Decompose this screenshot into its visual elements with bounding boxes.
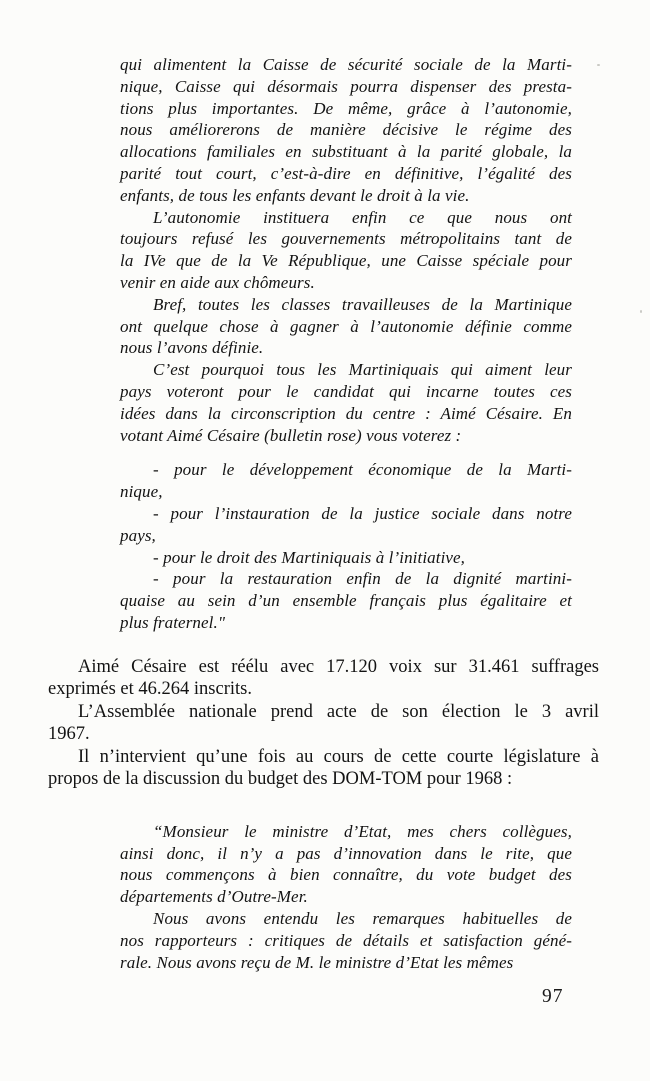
paragraph: C’est pourquoi tous les Martiniquais qui… [120, 359, 572, 446]
paragraph: “Monsieur le ministre d’Etat, mes chers … [120, 821, 572, 908]
paragraph: - pour l’instauration de la justice soci… [120, 503, 572, 547]
text-line: Il n’intervient qu’une fois au cours de … [48, 746, 599, 769]
text-line: rale. Nous avons reçu de M. le ministre … [120, 952, 572, 974]
paragraph: Nous avons entendu les remarques habitue… [120, 908, 572, 973]
text-line: nique, [120, 481, 572, 503]
paragraph: Il n’intervient qu’une fois au cours de … [48, 746, 599, 791]
paragraph: Aimé Césaire est réélu avec 17.120 voix … [48, 656, 599, 701]
text-line: Nous avons entendu les remarques habitue… [120, 908, 572, 930]
text-line: propos de la discussion du budget des DO… [48, 768, 599, 791]
text-line: C’est pourquoi tous les Martiniquais qui… [120, 359, 572, 381]
text-line: plus fraternel." [120, 612, 572, 634]
text-line: ont quelque chose à gagner à l’autonomie… [120, 316, 572, 338]
text-line: exprimés et 46.264 inscrits. [48, 678, 599, 701]
text-line: - pour l’instauration de la justice soci… [120, 503, 572, 525]
page-content: qui alimentent la Caisse de sécurité soc… [0, 54, 650, 973]
text-line: la IVe que de la Ve République, une Cais… [120, 250, 572, 272]
paragraph: - pour le développement économique de la… [120, 459, 572, 503]
text-line: - pour le développement économique de la… [120, 459, 572, 481]
scan-speckle [597, 64, 600, 66]
text-line: nous améliorerons de manière décisive le… [120, 119, 572, 141]
paragraph: L’autonomie instituera enfin ce que nous… [120, 207, 572, 294]
text-line: idées dans la circonscription du centre … [120, 403, 572, 425]
paragraph: L’Assemblée nationale prend acte de son … [48, 701, 599, 746]
text-line: nos rapporteurs : critiques de détails e… [120, 930, 572, 952]
text-line: nous commençons à bien connaître, du vot… [120, 864, 572, 886]
text-line: L’autonomie instituera enfin ce que nous… [120, 207, 572, 229]
page-number: 97 [542, 986, 564, 1008]
text-line: votant Aimé Césaire (bulletin rose) vous… [120, 425, 572, 447]
text-line: - pour la restauration enfin de la digni… [120, 568, 572, 590]
text-line: enfants, de tous les enfants devant le d… [120, 185, 572, 207]
text-line: L’Assemblée nationale prend acte de son … [48, 701, 599, 724]
text-line: 1967. [48, 723, 599, 746]
text-line: toujours refusé les gouvernements métrop… [120, 228, 572, 250]
paragraph: - pour la restauration enfin de la digni… [120, 568, 572, 633]
text-line: ainsi donc, il n’y a pas d’innovation da… [120, 843, 572, 865]
text-line: allocations familiales en substituant à … [120, 141, 572, 163]
text-line: nous l’avons définie. [120, 337, 572, 359]
scan-speckle [640, 310, 642, 313]
text-line: pays, [120, 525, 572, 547]
text-line: Aimé Césaire est réélu avec 17.120 voix … [48, 656, 599, 679]
paragraph: Bref, toutes les classes travailleuses d… [120, 294, 572, 359]
quoted-passage: qui alimentent la Caisse de sécurité soc… [120, 54, 572, 634]
text-line: “Monsieur le ministre d’Etat, mes chers … [120, 821, 572, 843]
text-line: tions plus importantes. De même, grâce à… [120, 98, 572, 120]
text-line: qui alimentent la Caisse de sécurité soc… [120, 54, 572, 76]
text-line: venir en aide aux chômeurs. [120, 272, 572, 294]
text-line: parité tout court, c’est-à-dire en défin… [120, 163, 572, 185]
book-page: qui alimentent la Caisse de sécurité soc… [0, 0, 650, 1081]
text-line: - pour le droit des Martiniquais à l’ini… [120, 547, 572, 569]
paragraph: qui alimentent la Caisse de sécurité soc… [120, 54, 572, 207]
text-line: nique, Caisse qui désormais pourra dispe… [120, 76, 572, 98]
text-line: quaise au sein d’un ensemble français pl… [120, 590, 572, 612]
text-line: départements d’Outre-Mer. [120, 886, 572, 908]
text-line: pays voteront pour le candidat qui incar… [120, 381, 572, 403]
quoted-passage: “Monsieur le ministre d’Etat, mes chers … [120, 821, 572, 974]
body-text: Aimé Césaire est réélu avec 17.120 voix … [48, 656, 599, 791]
text-line: Bref, toutes les classes travailleuses d… [120, 294, 572, 316]
paragraph: - pour le droit des Martiniquais à l’ini… [120, 547, 572, 569]
